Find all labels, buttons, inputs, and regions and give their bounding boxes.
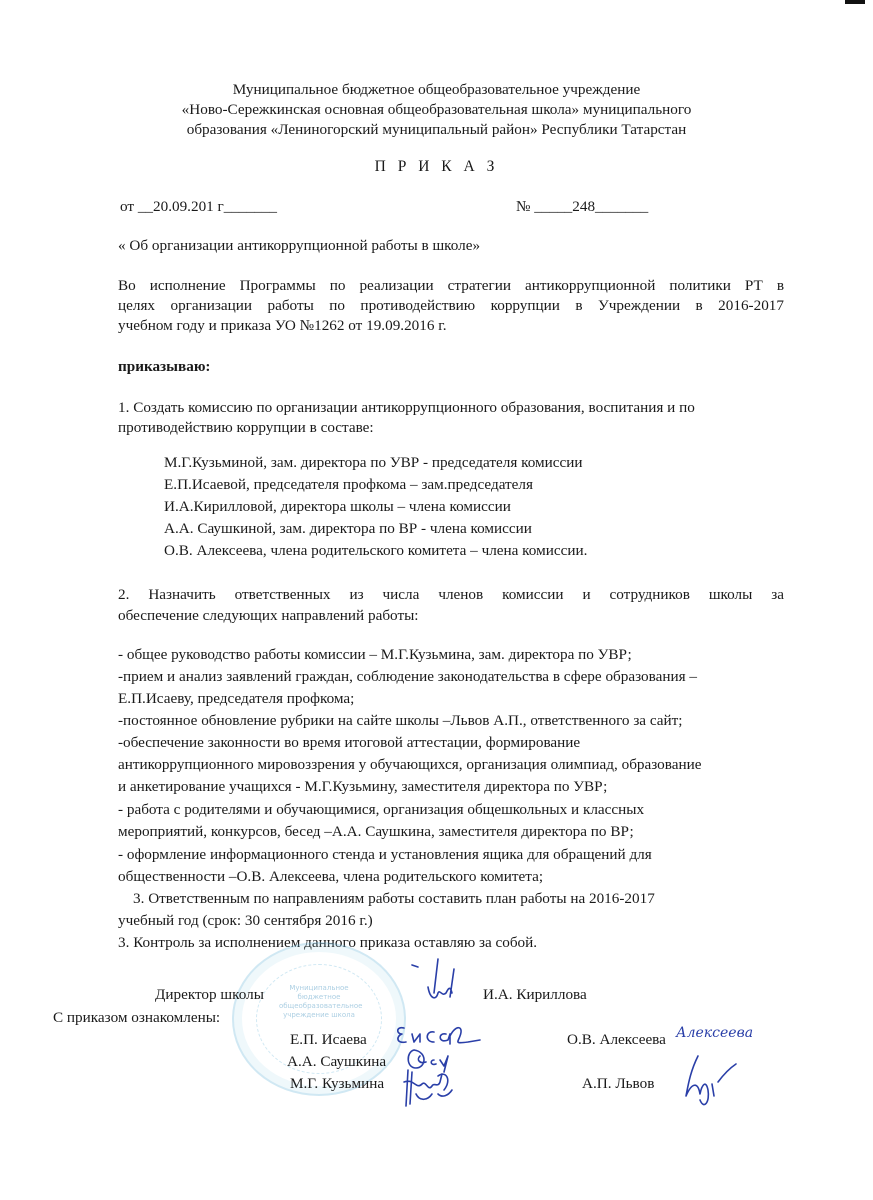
responsibility-line: общественности –О.В. Алексеева, члена ро… (118, 867, 543, 887)
responsibility-line: Е.П.Исаеву, председателя профкома; (118, 689, 354, 709)
header-line-3: образования «Лениногорский муниципальный… (0, 120, 873, 140)
responsibility-line: - работа с родителями и обучающимися, ор… (118, 800, 644, 820)
document-page: Муниципальное бюджетное общеобразователь… (0, 0, 873, 1200)
order-subject: « Об организации антикоррупционной работ… (118, 236, 480, 256)
commission-member: О.В. Алексеева, члена родительского коми… (164, 541, 587, 561)
commission-member: И.А.Кирилловой, директора школы – члена … (164, 497, 511, 517)
scan-corner-mark (845, 0, 865, 4)
item2-line-1: 2. Назначить ответственных из числа член… (118, 585, 784, 605)
lvov-signature-icon (680, 1052, 740, 1114)
responsibility-line: - общее руководство работы комиссии – М.… (118, 645, 632, 665)
acknowledged-name: О.В. Алексеева (567, 1030, 666, 1050)
commission-member: Е.П.Исаевой, председателя профкома – зам… (164, 475, 533, 495)
responsibility-line: -прием и анализ заявлений граждан, соблю… (118, 667, 697, 687)
preamble-line-2: целях организации работы по противодейст… (118, 296, 784, 316)
document-type-title: П Р И К А З (0, 157, 873, 177)
responsibility-line: -постоянное обновление рубрики на сайте … (118, 711, 683, 731)
order-word: приказываю: (118, 357, 210, 377)
item1-line-2: противодействию коррупции в составе: (118, 418, 374, 438)
responsibility-line: -обеспечение законности во время итогово… (118, 733, 580, 753)
item2-line-2: обеспечение следующих направлений работы… (118, 606, 419, 626)
responsibility-line: антикоррупционного мировоззрения у обуча… (118, 755, 701, 775)
preamble-line-3: учебном году и приказа УО №1262 от 19.09… (118, 316, 447, 336)
director-signature-icon (410, 955, 465, 1010)
header-line-2: «Ново-Сережкинская основная общеобразова… (0, 100, 873, 120)
header-line-1: Муниципальное бюджетное общеобразователь… (0, 80, 873, 100)
director-title: Директор школы (155, 985, 264, 1005)
responsibility-line: - оформление информационного стенда и ус… (118, 845, 652, 865)
item3-line-1: 3. Ответственным по направлениям работы … (133, 889, 655, 909)
order-number: № _____248_______ (516, 197, 648, 217)
acknowledged-name: М.Г. Кузьмина (290, 1074, 384, 1094)
director-name: И.А. Кириллова (483, 985, 587, 1005)
responsibility-line: и анкетирование учащихся - М.Г.Кузьмину,… (118, 777, 607, 797)
official-stamp: Муниципальное бюджетное общеобразователь… (232, 942, 406, 1096)
alekseeva-signature: Алексеева (676, 1025, 753, 1041)
stamp-text: Муниципальное бюджетное общеобразователь… (279, 984, 359, 1020)
preamble-line-1: Во исполнение Программы по реализации ст… (118, 276, 784, 296)
item3-line-2: учебный год (срок: 30 сентября 2016 г.) (118, 911, 373, 931)
acknowledged-name: А.А. Саушкина (287, 1052, 386, 1072)
acknowledged-label: С приказом ознакомлены: (53, 1008, 220, 1028)
commission-member: М.Г.Кузьминой, зам. директора по УВР - п… (164, 453, 582, 473)
responsibility-line: мероприятий, конкурсов, бесед –А.А. Сауш… (118, 822, 634, 842)
order-date: от __20.09.201 г_______ (120, 197, 277, 217)
item1-line-1: 1. Создать комиссию по организации антик… (118, 398, 695, 418)
acknowledged-name: Е.П. Исаева (290, 1030, 367, 1050)
acknowledged-name: А.П. Львов (582, 1074, 654, 1094)
kuzmina-signature-icon (398, 1066, 458, 1116)
commission-member: А.А. Саушкиной, зам. директора по ВР - ч… (164, 519, 532, 539)
